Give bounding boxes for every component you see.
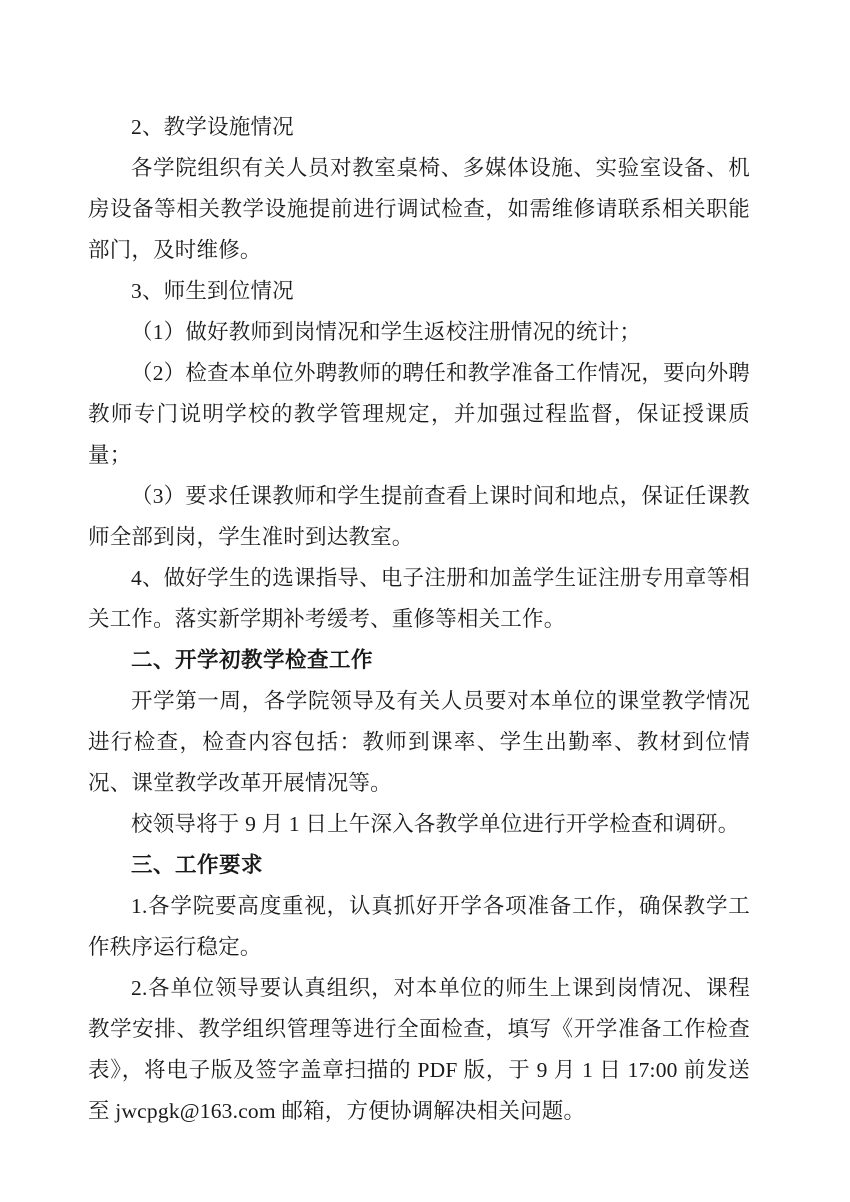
section-heading-2-teaching-inspection: 二、开学初教学检查工作 [88,640,750,681]
paragraph-leader-visit: 校领导将于 9 月 1 日上午深入各教学单位进行开学检查和调研。 [88,804,750,845]
paragraph-inspection-detail: 开学第一周，各学院领导及有关人员要对本单位的课堂教学情况进行检查，检查内容包括：… [88,681,750,804]
document-body: 2、教学设施情况 各学院组织有关人员对教室桌椅、多媒体设施、实验室设备、机房设备… [88,107,750,1132]
paragraph-facilities-detail: 各学院组织有关人员对教室桌椅、多媒体设施、实验室设备、机房设备等相关教学设施提前… [88,148,750,271]
paragraph-attendance-point-1: （1）做好教师到岗情况和学生返校注册情况的统计； [88,312,750,353]
subitem-heading-facilities: 2、教学设施情况 [88,107,750,148]
section-heading-3-work-requirements: 三、工作要求 [88,845,750,886]
paragraph-attendance-point-3: （3）要求任课教师和学生提前查看上课时间和地点，保证任课教师全部到岗，学生准时到… [88,476,750,558]
document-page: 2、教学设施情况 各学院组织有关人员对教室桌椅、多媒体设施、实验室设备、机房设备… [0,0,850,1202]
paragraph-requirement-2: 2.各单位领导要认真组织，对本单位的师生上课到岗情况、课程教学安排、教学组织管理… [88,968,750,1132]
paragraph-student-registration: 4、做好学生的选课指导、电子注册和加盖学生证注册专用章等相关工作。落实新学期补考… [88,558,750,640]
subitem-heading-staff-student-attendance: 3、师生到位情况 [88,271,750,312]
paragraph-attendance-point-2: （2）检查本单位外聘教师的聘任和教学准备工作情况，要向外聘教师专门说明学校的教学… [88,353,750,476]
paragraph-requirement-1: 1.各学院要高度重视，认真抓好开学各项准备工作，确保教学工作秩序运行稳定。 [88,886,750,968]
